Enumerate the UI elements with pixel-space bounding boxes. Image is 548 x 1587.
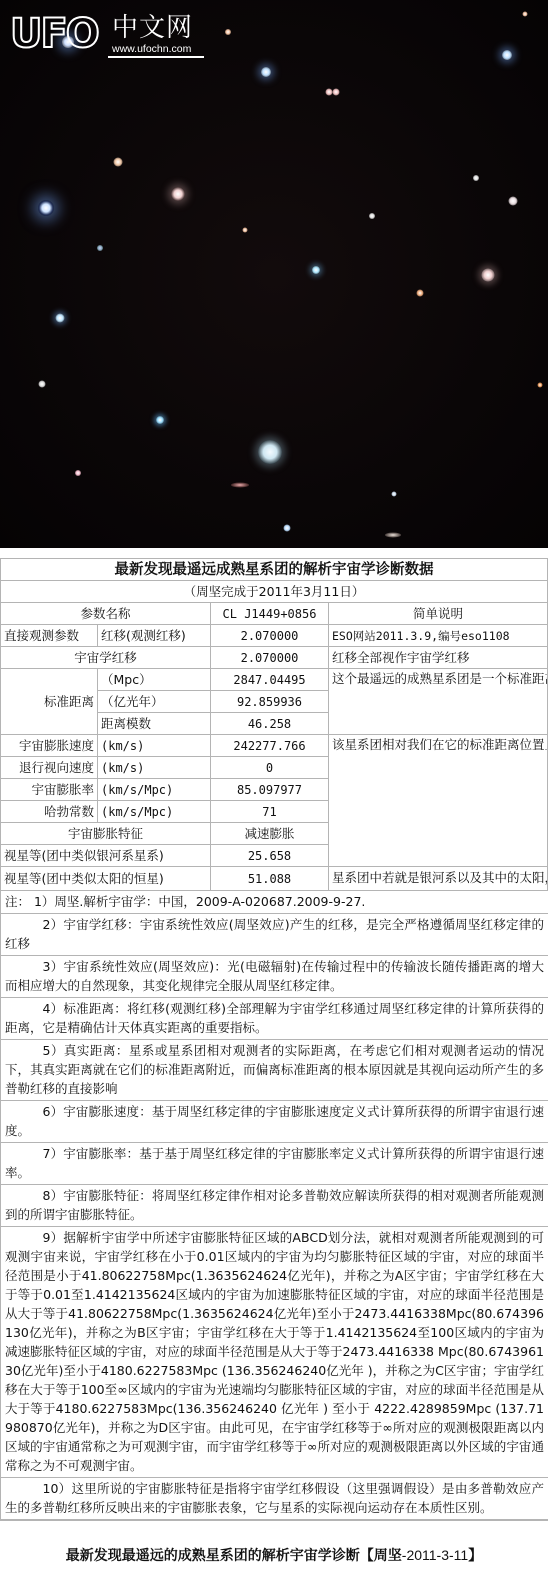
row-label: 宇宙膨胀率 [1, 779, 98, 801]
row-value: 71 [211, 801, 329, 823]
row-unit: (km/s/Mpc) [98, 779, 211, 801]
star-icon [38, 200, 54, 216]
note-item: 6）宇宙膨胀速度：基于周坚红移定律的宇宙膨胀速度定义式计算所获得的所谓宇宙退行速… [1, 1101, 548, 1143]
header-description: 简单说明 [329, 603, 548, 625]
star-icon [523, 12, 528, 17]
row-unit: （Mpc） [98, 669, 211, 691]
star-icon [284, 525, 291, 532]
footer-caption: 最新发现最遥远的成熟星系团的解析宇宙学诊断【周坚-2011-3-11】 [0, 1545, 548, 1566]
row-value: 2847.04495 [211, 669, 329, 691]
note-item: 10）这里所说的宇宙膨胀特征是指将宇宙学红移假设（这里强调假设）是由多普勒效应产… [1, 1478, 548, 1521]
star-icon [502, 50, 512, 60]
star-icon [258, 440, 282, 464]
diagnosis-document: 最新发现最遥远成熟星系团的解析宇宙学诊断数据 （周坚完成于2011年3月11日）… [0, 558, 547, 1521]
row-label: 视星等(团中类似太阳的恒星) [1, 867, 211, 891]
star-icon [114, 158, 123, 167]
star-icon [56, 314, 65, 323]
row-description: 红移全部视作宇宙学红移 [329, 647, 548, 669]
footer-title: 最新发现最遥远的成熟星系团的解析宇宙学诊断【周坚 [66, 1548, 402, 1564]
row-value: 25.658 [211, 845, 329, 867]
note-item: 注： 1）周坚.解析宇宙学：中国，2009-A-020687.2009-9-27… [1, 891, 548, 914]
diagnosis-table: 最新发现最遥远成熟星系团的解析宇宙学诊断数据 （周坚完成于2011年3月11日）… [0, 558, 548, 891]
ufochn-logo: UFO 中文网 www.ufochn.com [10, 12, 196, 58]
row-description: 星系团中若就是银河系以及其中的太阳，则观测亮度就是如此 [329, 867, 548, 891]
row-label: 红移(观测红移) [98, 625, 211, 647]
star-icon [39, 381, 46, 388]
star-icon [482, 269, 495, 282]
footer-close-bracket: 】 [468, 1548, 482, 1564]
star-icon [225, 29, 231, 35]
star-icon [231, 483, 249, 488]
star-icon [171, 187, 185, 201]
table-row: 标准距离 （Mpc） 2847.04495 这个最遥远的成熟星系团是一个标准距离… [1, 669, 548, 691]
header-object: CL J1449+0856 [211, 603, 329, 625]
table-row: 直接观测参数 红移(观测红移) 2.070000 ESO网站2011.3.9,编… [1, 625, 548, 647]
note-item: 5）真实距离：星系或星系团相对观测者的实际距离，在考虑它们相对观测者运动的情况下… [1, 1040, 548, 1101]
table-subtitle: （周坚完成于2011年3月11日） [1, 581, 548, 603]
row-group: 直接观测参数 [1, 625, 98, 647]
note-item: 3）宇宙系统性效应(周坚效应)：光(电磁辐射)在传输过程中的传输波长随传播距离的… [1, 956, 548, 998]
row-unit: (km/s) [98, 735, 211, 757]
logo-brand: UFO [10, 12, 98, 56]
star-icon [243, 228, 248, 233]
star-icon [312, 266, 320, 274]
table-header-row: 参数名称 CL J1449+0856 简单说明 [1, 603, 548, 625]
row-value: 2.070000 [211, 625, 329, 647]
row-value: 242277.766 [211, 735, 329, 757]
logo-underline [108, 56, 204, 58]
row-value: 减速膨胀 [211, 823, 329, 845]
row-description: 该星系团相对我们在它的标准距离位置上的宇宙膨胀状态，即在它的视向速度为零的情况下… [329, 735, 548, 867]
star-icon [538, 383, 543, 388]
note-item: 4）标准距离：将红移(观测红移)全部理解为宇宙学红移通过周坚红移定律的计算所获得… [1, 998, 548, 1040]
star-icon [75, 470, 81, 476]
row-label: 视星等(团中类似银河系星系) [1, 845, 211, 867]
row-label: 宇宙膨胀特征 [1, 823, 211, 845]
row-description: 这个最遥远的成熟星系团是一个标准距离为92.859936亿光年的星系团 [329, 669, 548, 735]
row-value: 92.859936 [211, 691, 329, 713]
logo-url: www.ufochn.com [112, 43, 191, 55]
row-label: 宇宙膨胀速度 [1, 735, 98, 757]
logo-name: 中文网 [112, 13, 193, 43]
star-icon [156, 416, 164, 424]
header-param-name: 参数名称 [1, 603, 211, 625]
star-icon [369, 213, 375, 219]
row-label: 宇宙学红移 [1, 647, 211, 669]
row-unit: 距离模数 [98, 713, 211, 735]
row-group: 标准距离 [1, 669, 98, 735]
note-item: 2）宇宙学红移：宇宙系统性效应(周坚效应)产生的红移，是完全严格遵循周坚红移定律… [1, 914, 548, 956]
star-icon [473, 175, 479, 181]
star-icon [97, 245, 103, 251]
row-label: 退行视向速度 [1, 757, 98, 779]
table-row: 宇宙学红移 2.070000 红移全部视作宇宙学红移 [1, 647, 548, 669]
row-description: ESO网站2011.3.9,编号eso1108 [329, 625, 548, 647]
row-label: 哈勃常数 [1, 801, 98, 823]
row-unit: （亿光年） [98, 691, 211, 713]
star-icon [326, 89, 333, 96]
note-item: 7）宇宙膨胀率：基于基于周坚红移定律的宇宙膨胀率定义式计算所获得的所谓宇宙退行速… [1, 1143, 548, 1185]
note-item: 9）据解析宇宙学中所述宇宙膨胀特征区域的ABCD划分法，就相对观测者所能观测到的… [1, 1227, 548, 1478]
star-icon [333, 89, 340, 96]
table-title: 最新发现最遥远成熟星系团的解析宇宙学诊断数据 [1, 559, 548, 581]
row-value: 51.088 [211, 867, 329, 891]
note-item: 8）宇宙膨胀特征：将周坚红移定律作相对论多普勒效应解读所获得的相对观测者所能观测… [1, 1185, 548, 1227]
table-subtitle-row: （周坚完成于2011年3月11日） [1, 581, 548, 603]
row-value: 46.258 [211, 713, 329, 735]
star-icon [509, 197, 518, 206]
star-icon [392, 492, 397, 497]
row-unit: (km/s) [98, 757, 211, 779]
star-icon [385, 533, 401, 538]
table-row: 视星等(团中类似太阳的恒星) 51.088 星系团中若就是银河系以及其中的太阳，… [1, 867, 548, 891]
row-value: 2.070000 [211, 647, 329, 669]
row-value: 0 [211, 757, 329, 779]
notes-section: 注： 1）周坚.解析宇宙学：中国，2009-A-020687.2009-9-27… [0, 891, 548, 1521]
star-icon [261, 67, 271, 77]
row-value: 85.097977 [211, 779, 329, 801]
footer-date: -2011-3-11 [402, 1547, 468, 1563]
star-icon [417, 290, 424, 297]
star-field-photo: UFO 中文网 www.ufochn.com [0, 0, 548, 548]
table-title-row: 最新发现最遥远成熟星系团的解析宇宙学诊断数据 [1, 559, 548, 581]
row-unit: (km/s/Mpc) [98, 801, 211, 823]
table-row: 宇宙膨胀速度 (km/s) 242277.766 该星系团相对我们在它的标准距离… [1, 735, 548, 757]
